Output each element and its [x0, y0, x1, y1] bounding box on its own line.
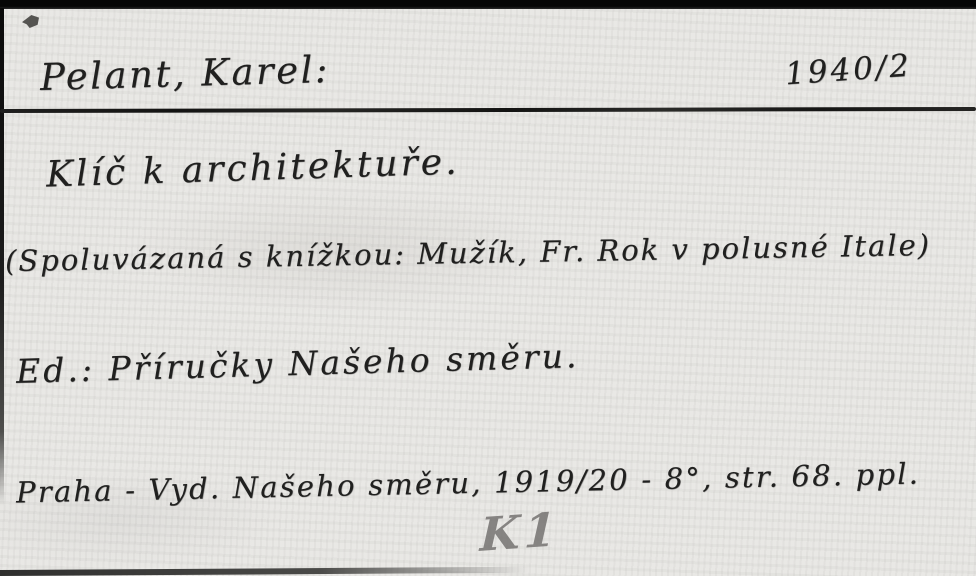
call-number: 1940/2 — [784, 48, 913, 93]
imprint-line: Praha - Vyd. Našeho směru, 1919/20 - 8°,… — [16, 457, 921, 510]
series-note-line: Ed.: Příručky Našeho směru. — [16, 336, 580, 391]
pencil-corner-mark — [22, 15, 39, 28]
binding-note-line: (Spoluvázaná s knížkou: Mužík, Fr. Rok v… — [5, 228, 932, 278]
card-surface: Pelant, Karel: 1940/2 Klíč k architektuř… — [0, 0, 976, 576]
scan-border-left — [0, 8, 4, 506]
pencil-note: K1 — [479, 502, 561, 562]
card-edge-shadow — [0, 567, 530, 576]
author-heading: Pelant, Karel: — [39, 48, 330, 99]
scan-border-top — [0, 0, 976, 9]
scanned-catalog-card: Pelant, Karel: 1940/2 Klíč k architektuř… — [0, 0, 976, 576]
ruled-line — [0, 107, 976, 113]
title-line: Klíč k architektuře. — [45, 142, 460, 196]
